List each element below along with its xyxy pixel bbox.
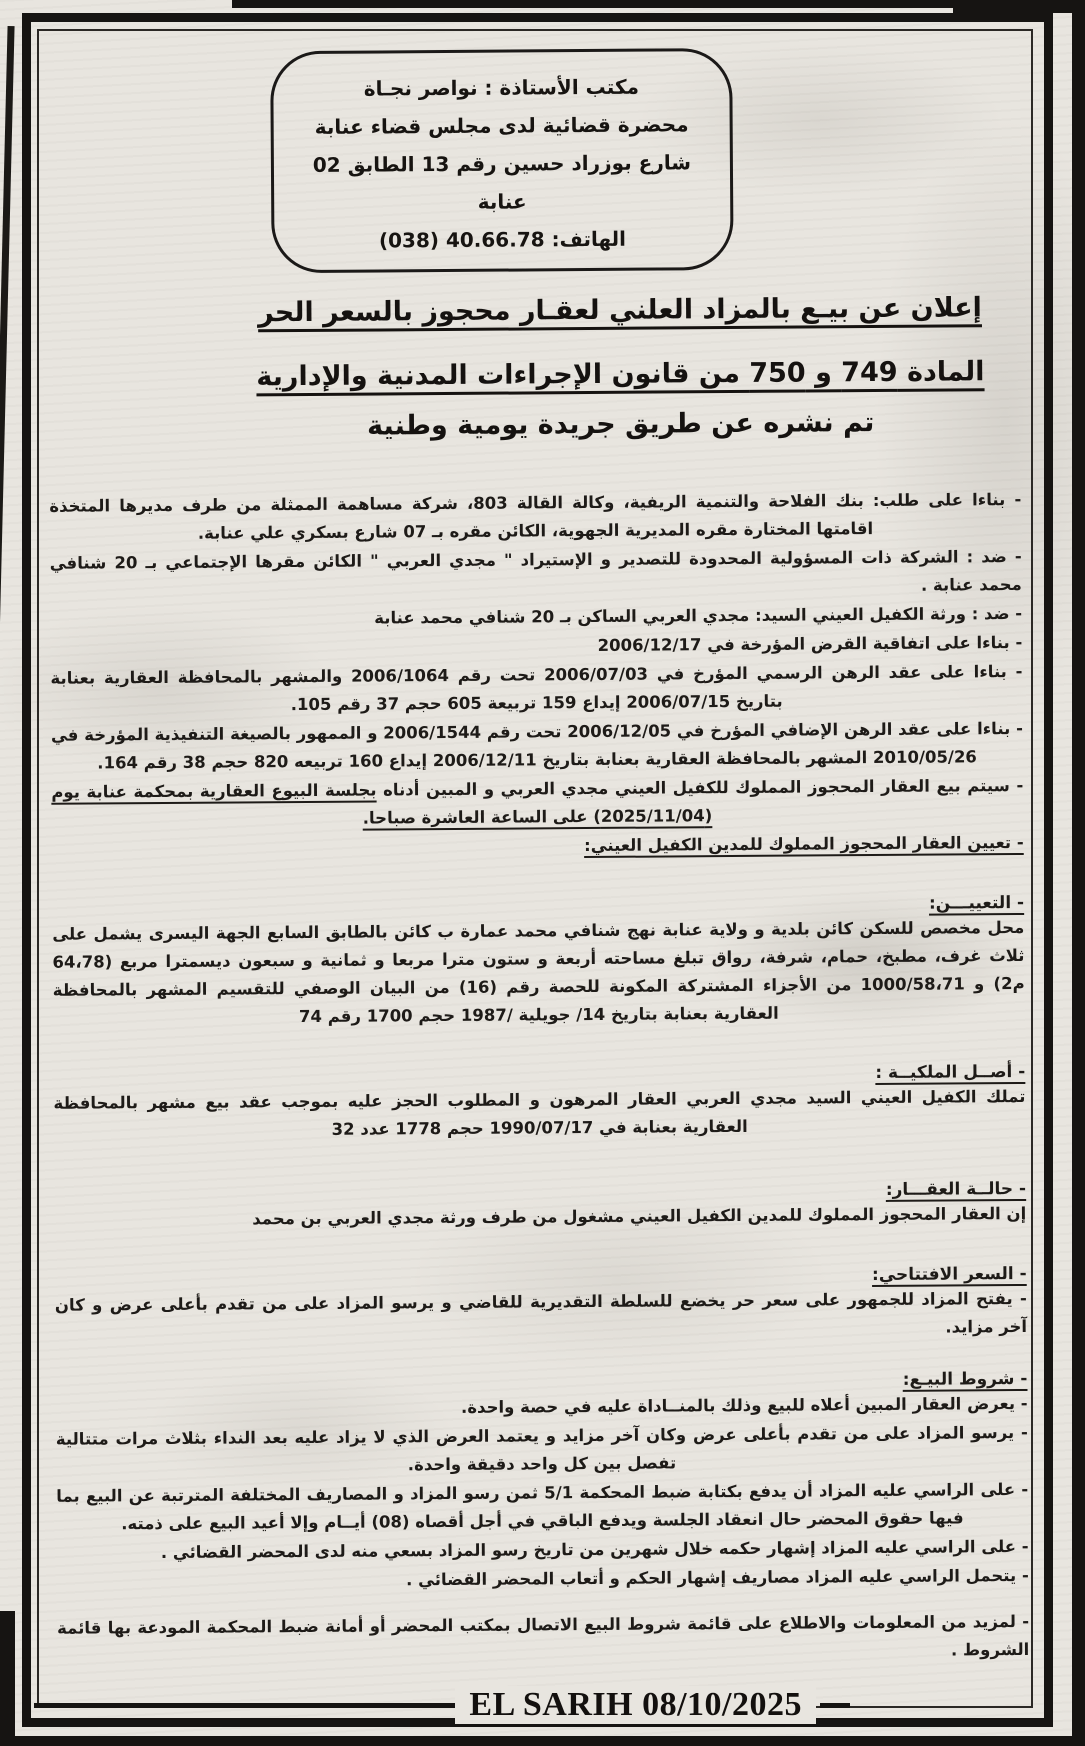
more-info-paragraph: - لمزيد من المعلومات والاطلاع على قائمة … <box>57 1608 1029 1671</box>
adjacent-frame-left-border <box>0 26 15 646</box>
bottom-left-border <box>0 1611 15 1746</box>
phone-number: (038) 40.66.78 <box>379 220 545 259</box>
scanned-legal-notice-page: مكتب الأستاذة : نواصر نجـاة محضرة قضائية… <box>0 0 1085 1746</box>
top-border-bar <box>232 0 1071 8</box>
auction-date-text: - سيتم بيع العقار المحجوز المملوك للكفيل… <box>376 776 1023 800</box>
section-property-state-text: إن العقار المحجوز المملوك للمدين الكفيل … <box>54 1200 1026 1235</box>
sale-term-item: - على الراسي عليه المزاد أن يدفع بكتابة … <box>56 1476 1028 1539</box>
section-opening-price-text: - يفتح المزاد للجمهور على سعر حر يخضع لل… <box>55 1285 1027 1348</box>
adjacent-frame-right-border <box>1072 6 1085 1746</box>
section-property-state-heading-text: - حالــة العقـــار: <box>886 1179 1026 1200</box>
designation-intro-paragraph: - تعيين العقار المحجوز المملوك للمدين ال… <box>52 829 1024 864</box>
office-phone-line: الهاتف: (038) 40.66.78 <box>286 219 718 260</box>
office-name-line: مكتب الأستاذة : نواصر نجـاة <box>285 67 717 108</box>
section-designation-text: محل مخصص للسكن كائن بلدية و ولاية عنابة … <box>52 914 1025 1033</box>
footer-rule-right <box>820 1703 850 1708</box>
notice-content: مكتب الأستاذة : نواصر نجـاة محضرة قضائية… <box>46 30 1029 1672</box>
publisher-name-and-date: EL SARIH 08/10/2025 <box>455 1686 816 1724</box>
notice-title: إعلان عن بيـع بالمزاد العلني لعقـار محجو… <box>48 288 1020 335</box>
footer-rule-left <box>34 1703 455 1708</box>
section-ownership-heading-text: - أصــل الملكيــة : <box>875 1062 1025 1083</box>
top-right-border-bar <box>953 0 1085 13</box>
notice-body: - بناءا على طلب: بنك الفلاحة والتنمية ال… <box>49 486 1024 864</box>
bottom-border-bar <box>0 1736 1085 1746</box>
section-opening-price-heading-text: - السعر الافتتاحي: <box>872 1264 1027 1285</box>
publication-subtitle: تم نشره عن طريق جريدة يومية وطنية <box>49 402 1021 449</box>
sale-term-item: - يتحمل الراسي عليه المزاد مصاريف إشهار … <box>57 1562 1029 1597</box>
defendant-company-paragraph: - ضد : الشركة ذات المسؤولية المحدودة للت… <box>50 543 1022 606</box>
legal-articles-subtitle: المادة 749 و 750 من قانون الإجراءات المد… <box>48 352 1020 399</box>
bailiff-office-box: مكتب الأستاذة : نواصر نجـاة محضرة قضائية… <box>270 48 734 273</box>
request-paragraph: - بناءا على طلب: بنك الفلاحة والتنمية ال… <box>49 486 1021 549</box>
publisher-footer: EL SARIH 08/10/2025 <box>34 1684 850 1726</box>
phone-label: الهاتف: <box>551 227 626 252</box>
section-designation-heading-text: - التعييـــن: <box>929 893 1024 914</box>
designation-intro-underlined: - تعيين العقار المحجوز المملوك للمدين ال… <box>584 833 1024 855</box>
office-address-line: شارع بوزراد حسين رقم 13 الطابق 02 عنابة <box>286 143 719 222</box>
office-role-line: محضرة قضائية لدى مجلس قضاء عنابة <box>286 105 718 146</box>
section-ownership-text: تملك الكفيل العيني السيد مجدي العربي الع… <box>53 1083 1025 1146</box>
auction-date-paragraph: - سيتم بيع العقار المحجوز المملوك للكفيل… <box>51 772 1023 835</box>
additional-mortgage-paragraph: - بناءا على عقد الرهن الإضافي المؤرخ في … <box>51 715 1023 778</box>
section-sale-terms-heading-text: - شروط البيـع: <box>903 1369 1028 1390</box>
official-mortgage-paragraph: - بناءا على عقد الرهن الرسمي المؤرخ في 2… <box>50 658 1022 721</box>
sale-term-item: - يرسو المزاد على من تقدم بأعلى عرض وكان… <box>56 1419 1028 1482</box>
